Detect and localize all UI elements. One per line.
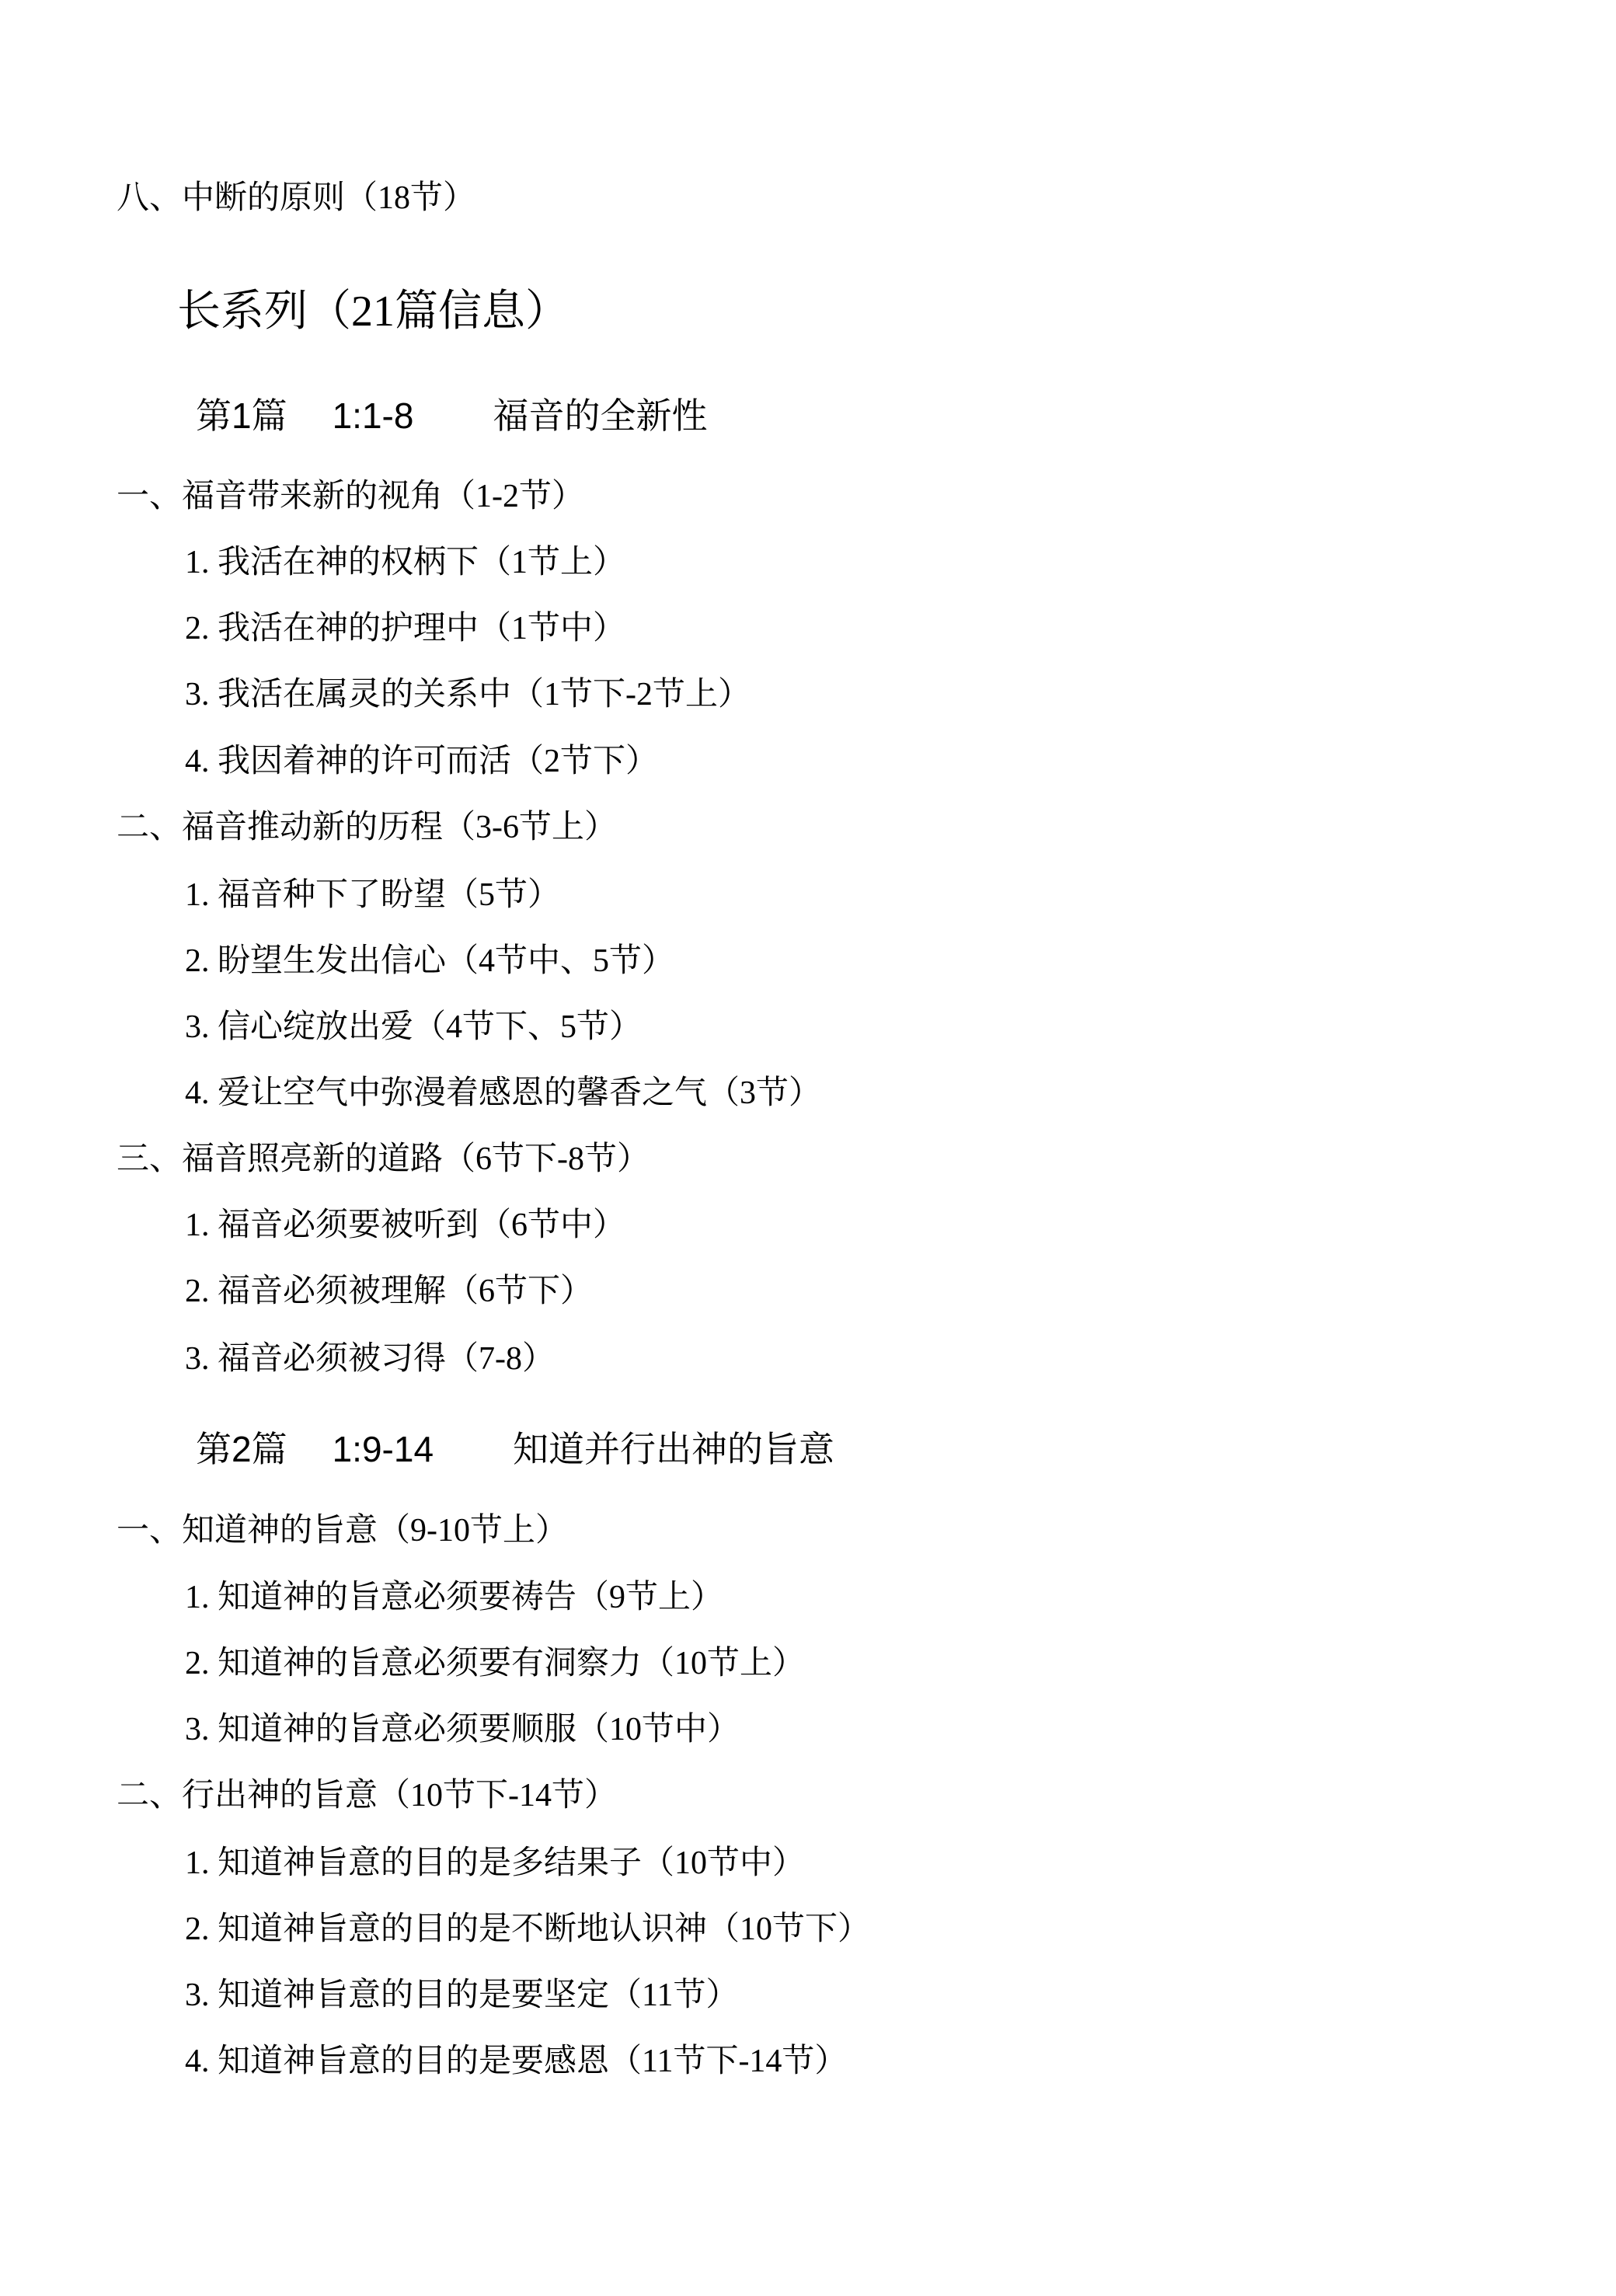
outline-item: 2. 知道神的旨意必须要有洞察力（10节上） [185,1647,805,1680]
outline-item: 1. 知道神的旨意必须要祷告（9节上） [185,1581,723,1614]
outline-item: 4. 爱让空气中弥漫着感恩的馨香之气（3节） [185,1077,821,1110]
outline-item: 4. 知道神旨意的目的是要感恩（11节下-14节） [185,2045,847,2078]
outline-item: 1. 福音种下了盼望（5节） [185,879,560,911]
outline-item: 1. 我活在神的权柄下（1节上） [185,546,625,579]
chapter-label: 第1篇 [196,395,287,436]
chapter-reference: 1:9-14 [333,1429,434,1469]
section-heading: 一、知道神的旨意（9-10节上） [117,1514,568,1547]
outline-item: 1. 知道神旨意的目的是多结果子（10节中） [185,1847,805,1880]
outline-item: 3. 知道神旨意的目的是要坚定（11节） [185,1979,738,2012]
chapter-heading-2: 第2篇1:9-14知道并行出神的旨意 [196,1431,834,1467]
outline-item: 3. 我活在属灵的关系中（1节下-2节上） [185,678,751,711]
outline-item: 4. 我因着神的许可而活（2节下） [185,745,658,778]
intro-outline-line: 八、中断的原则（18节） [117,182,475,214]
outline-item: 3. 福音必须被习得（7-8） [185,1343,555,1375]
section-heading: 一、福音带来新的视角（1-2节） [117,480,584,513]
chapter-title: 知道并行出神的旨意 [513,1429,834,1469]
section-heading: 三、福音照亮新的道路（6节下-8节） [117,1143,650,1176]
section-heading: 二、福音推动新的历程（3-6节上） [117,811,617,844]
chapter-heading-1: 第1篇1:1-8福音的全新性 [196,398,707,434]
chapter-reference: 1:1-8 [333,395,414,436]
section-heading: 二、行出神的旨意（10节下-14节） [117,1779,617,1812]
outline-item: 3. 信心绽放出爱（4节下、5节） [185,1011,642,1043]
outline-item: 1. 福音必须要被听到（6节中） [185,1209,625,1242]
outline-item: 2. 盼望生发出信心（4节中、5节） [185,945,674,977]
outline-item: 2. 我活在神的护理中（1节中） [185,612,625,645]
outline-item: 3. 知道神的旨意必须要顺服（10节中） [185,1713,740,1746]
series-title: 长系列（21篇信息） [177,290,569,333]
chapter-label: 第2篇 [196,1429,287,1469]
outline-item: 2. 福音必须被理解（6节下） [185,1275,593,1308]
chapter-title: 福音的全新性 [493,395,707,436]
outline-item: 2. 知道神旨意的目的是不断地认识神（10节下） [185,1913,870,1946]
